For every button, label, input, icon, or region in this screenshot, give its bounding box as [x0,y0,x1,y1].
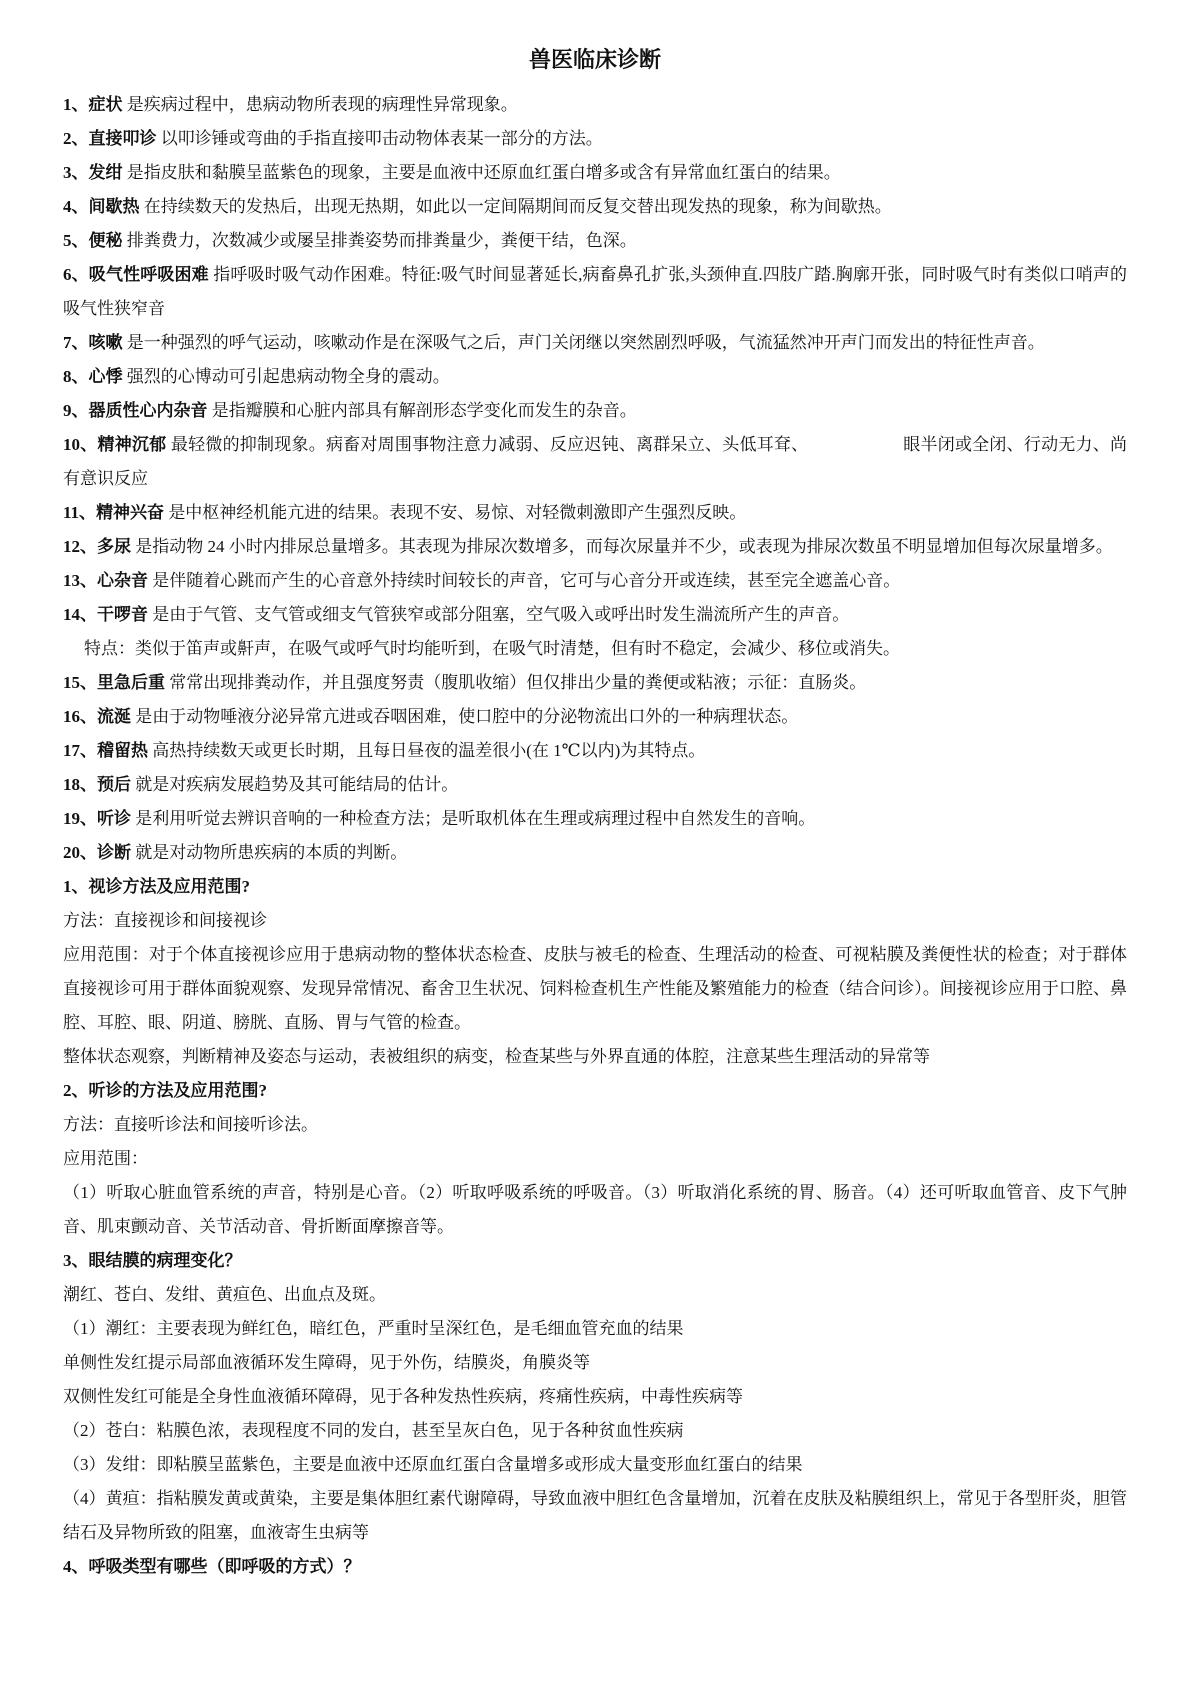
definition-term: 干啰音 [97,605,148,624]
definition-text: 最轻微的抑制现象。病畜对周围事物注意力减弱、反应迟钝、离群呆立、头低耳耷、 眼半… [63,435,1127,488]
question-heading: 1、视诊方法及应用范围? [63,870,1127,904]
definition-number: 10、 [63,435,97,454]
definition-item: 20、诊断 就是对动物所患疾病的本质的判断。 [63,836,1127,870]
definition-term: 精神沉郁 [97,435,166,454]
definition-item: 19、听诊 是利用听觉去辨识音响的一种检查方法；是听取机体在生理或病理过程中自然… [63,802,1127,836]
question-heading: 3、眼结膜的病理变化？ [63,1244,1127,1278]
definition-number: 8、 [63,367,89,386]
definition-term: 稽留热 [97,741,148,760]
qa-section: 2、听诊的方法及应用范围?方法：直接听诊法和间接听诊法。应用范围：（1）听取心脏… [63,1074,1127,1244]
definition-term: 症状 [89,95,123,114]
definition-item: 10、精神沉郁 最轻微的抑制现象。病畜对周围事物注意力减弱、反应迟钝、离群呆立、… [63,428,1127,496]
definition-number: 3、 [63,163,89,182]
definition-number: 16、 [63,707,97,726]
definition-text: 是指瓣膜和心脏内部具有解剖形态学变化而发生的杂音。 [212,401,637,420]
definition-number: 12、 [63,537,97,556]
definition-number: 17、 [63,741,97,760]
definition-text: 是由于气管、支气管或细支气管狭窄或部分阻塞，空气吸入或呼出时发生湍流所产生的声音… [152,605,849,624]
definition-item: 17、稽留热 高热持续数天或更长时期，且每日昼夜的温差很小(在 1℃以内)为其特… [63,734,1127,768]
definition-term: 直接叩诊 [89,129,157,148]
definition-number: 13、 [63,571,97,590]
answer-paragraph: （3）发绀：即粘膜呈蓝紫色，主要是血液中还原血红蛋白含量增多或形成大量变形血红蛋… [63,1448,1127,1482]
qa-section: 1、视诊方法及应用范围?方法：直接视诊和间接视诊应用范围：对于个体直接视诊应用于… [63,870,1127,1074]
definition-term: 预后 [97,775,131,794]
definition-text: 就是对疾病发展趋势及其可能结局的估计。 [135,775,458,794]
definition-text: 指呼吸时吸气动作困难。特征:吸气时间显著延长,病畜鼻孔扩张,头颈伸直.四肢广踏.… [63,265,1127,318]
document-page: 兽医临床诊断 1、症状 是疾病过程中，患病动物所表现的病理性异常现象。2、直接叩… [0,0,1190,1683]
answer-paragraph: 双侧性发红可能是全身性血液循环障碍，见于各种发热性疾病，疼痛性疾病，中毒性疾病等 [63,1380,1127,1414]
answer-paragraph: 单侧性发红提示局部血液循环发生障碍，见于外伤，结膜炎，角膜炎等 [63,1346,1127,1380]
definition-item: 9、器质性心内杂音 是指瓣膜和心脏内部具有解剖形态学变化而发生的杂音。 [63,394,1127,428]
definition-term: 便秘 [89,231,123,250]
answer-paragraph: （1）听取心脏血管系统的声音，特别是心音。（2）听取呼吸系统的呼吸音。（3）听取… [63,1176,1127,1244]
qa-section: 4、呼吸类型有哪些（即呼吸的方式）？ [63,1550,1127,1584]
definition-item: 11、精神兴奋 是中枢神经机能亢进的结果。表现不安、易惊、对轻微刺激即产生强烈反… [63,496,1127,530]
definition-term: 里急后重 [97,673,165,692]
definition-item: 1、症状 是疾病过程中，患病动物所表现的病理性异常现象。 [63,88,1127,122]
definition-term: 诊断 [97,843,131,862]
definition-text: 是指皮肤和黏膜呈蓝紫色的现象，主要是血液中还原血红蛋白增多或含有异常血红蛋白的结… [127,163,841,182]
definition-text: 是伴随着心跳而产生的心音意外持续时间较长的声音，它可与心音分开或连续，甚至完全遮… [152,571,900,590]
definition-term: 吸气性呼吸困难 [89,265,209,284]
definition-item: 14、干啰音 是由于气管、支气管或细支气管狭窄或部分阻塞，空气吸入或呼出时发生湍… [63,598,1127,632]
definition-text: 是由于动物唾液分泌异常亢进或吞咽困难，使口腔中的分泌物流出口外的一种病理状态。 [135,707,798,726]
definition-number: 14、 [63,605,97,624]
definition-term: 多尿 [97,537,131,556]
answer-paragraph: （1）潮红：主要表现为鲜红色，暗红色，严重时呈深红色，是毛细血管充血的结果 [63,1312,1127,1346]
definition-text: 是利用听觉去辨识音响的一种检查方法；是听取机体在生理或病理过程中自然发生的音响。 [135,809,815,828]
definition-item: 18、预后 就是对疾病发展趋势及其可能结局的估计。 [63,768,1127,802]
answer-paragraph: 潮红、苍白、发绀、黄疸色、出血点及斑。 [63,1278,1127,1312]
definition-item: 8、心悸 强烈的心博动可引起患病动物全身的震动。 [63,360,1127,394]
definition-term: 精神兴奋 [96,503,164,522]
answer-paragraph: 方法：直接视诊和间接视诊 [63,904,1127,938]
definition-number: 4、 [63,197,89,216]
definition-text: 是疾病过程中，患病动物所表现的病理性异常现象。 [127,95,518,114]
definition-item: 3、发绀 是指皮肤和黏膜呈蓝紫色的现象，主要是血液中还原血红蛋白增多或含有异常血… [63,156,1127,190]
definition-item: 4、间歇热 在持续数天的发热后，出现无热期，如此以一定间隔期间而反复交替出现发热… [63,190,1127,224]
definition-number: 2、 [63,129,89,148]
page-title: 兽医临床诊断 [63,46,1127,74]
definition-text: 高热持续数天或更长时期，且每日昼夜的温差很小(在 1℃以内)为其特点。 [152,741,705,760]
definition-term: 发绀 [89,163,123,182]
qa-sections: 1、视诊方法及应用范围?方法：直接视诊和间接视诊应用范围：对于个体直接视诊应用于… [63,870,1127,1584]
answer-paragraph: 应用范围：对于个体直接视诊应用于患病动物的整体状态检查、皮肤与被毛的检查、生理活… [63,938,1127,1040]
definition-number: 18、 [63,775,97,794]
definition-text: 常常出现排粪动作，并且强度努责（腹肌收缩）但仅排出少量的粪便或粘液；示征：直肠炎… [169,673,866,692]
definition-item: 12、多尿 是指动物 24 小时内排尿总量增多。其表现为排尿次数增多，而每次尿量… [63,530,1127,564]
definition-term: 间歇热 [89,197,140,216]
definition-text: 强烈的心博动可引起患病动物全身的震动。 [127,367,450,386]
definition-item: 5、便秘 排粪费力，次数减少或屡呈排粪姿势而排粪量少，粪便干结，色深。 [63,224,1127,258]
definition-item: 7、咳嗽 是一种强烈的呼气运动，咳嗽动作是在深吸气之后，声门关闭继以突然剧烈呼吸… [63,326,1127,360]
definition-item: 6、吸气性呼吸困难 指呼吸时吸气动作困难。特征:吸气时间显著延长,病畜鼻孔扩张,… [63,258,1127,326]
definition-term: 流涎 [97,707,131,726]
definition-number: 7、 [63,333,89,352]
definition-term: 心杂音 [97,571,148,590]
definitions-list: 1、症状 是疾病过程中，患病动物所表现的病理性异常现象。2、直接叩诊 以叩诊锤或… [63,88,1127,870]
answer-paragraph: （2）苍白：粘膜色浓，表现程度不同的发白，甚至呈灰白色，见于各种贫血性疾病 [63,1414,1127,1448]
definition-term: 听诊 [97,809,131,828]
definition-text: 以叩诊锤或弯曲的手指直接叩击动物体表某一部分的方法。 [161,129,603,148]
definition-text: 是指动物 24 小时内排尿总量增多。其表现为排尿次数增多，而每次尿量并不少，或表… [135,537,1113,556]
definition-number: 5、 [63,231,89,250]
definition-number: 6、 [63,265,89,284]
question-heading: 2、听诊的方法及应用范围? [63,1074,1127,1108]
definition-term: 器质性心内杂音 [89,401,208,420]
answer-paragraph: （4）黄疸：指粘膜发黄或黄染，主要是集体胆红素代谢障碍，导致血液中胆红色含量增加… [63,1482,1127,1550]
definition-number: 11、 [63,503,96,522]
answer-paragraph: 整体状态观察，判断精神及姿态与运动，表被组织的病变，检查某些与外界直通的体腔，注… [63,1040,1127,1074]
definition-number: 19、 [63,809,97,828]
definition-term: 咳嗽 [89,333,123,352]
definition-text: 是中枢神经机能亢进的结果。表现不安、易惊、对轻微刺激即产生强烈反映。 [168,503,746,522]
definition-number: 9、 [63,401,89,420]
definition-note: 特点：类似于笛声或鼾声，在吸气或呼气时均能听到，在吸气时清楚，但有时不稳定，会减… [63,632,1127,666]
answer-paragraph: 方法：直接听诊法和间接听诊法。 [63,1108,1127,1142]
definition-text: 是一种强烈的呼气运动，咳嗽动作是在深吸气之后，声门关闭继以突然剧烈呼吸，气流猛然… [127,333,1045,352]
definition-item: 16、流涎 是由于动物唾液分泌异常亢进或吞咽困难，使口腔中的分泌物流出口外的一种… [63,700,1127,734]
definition-number: 1、 [63,95,89,114]
question-heading: 4、呼吸类型有哪些（即呼吸的方式）？ [63,1550,1127,1584]
answer-paragraph: 应用范围： [63,1142,1127,1176]
definition-item: 13、心杂音 是伴随着心跳而产生的心音意外持续时间较长的声音，它可与心音分开或连… [63,564,1127,598]
definition-text: 排粪费力，次数减少或屡呈排粪姿势而排粪量少，粪便干结，色深。 [127,231,637,250]
definition-item: 2、直接叩诊 以叩诊锤或弯曲的手指直接叩击动物体表某一部分的方法。 [63,122,1127,156]
definition-term: 心悸 [89,367,123,386]
definition-item: 15、里急后重 常常出现排粪动作，并且强度努责（腹肌收缩）但仅排出少量的粪便或粘… [63,666,1127,700]
definition-text: 在持续数天的发热后，出现无热期，如此以一定间隔期间而反复交替出现发热的现象，称为… [144,197,892,216]
definition-number: 20、 [63,843,97,862]
qa-section: 3、眼结膜的病理变化？潮红、苍白、发绀、黄疸色、出血点及斑。（1）潮红：主要表现… [63,1244,1127,1550]
definition-number: 15、 [63,673,97,692]
definition-text: 就是对动物所患疾病的本质的判断。 [135,843,407,862]
